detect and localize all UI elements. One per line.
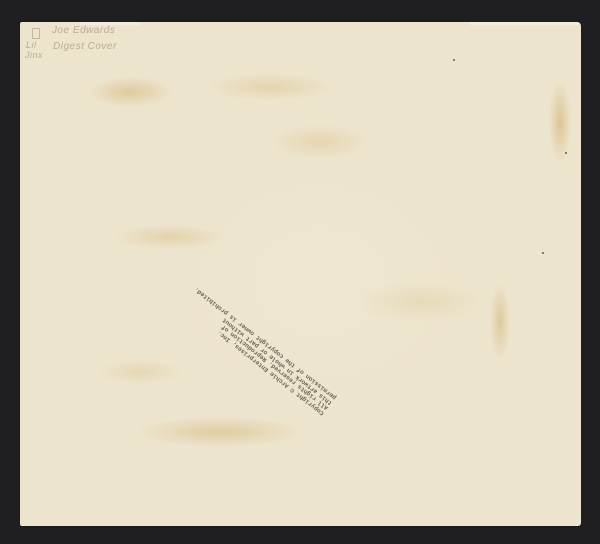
handwritten-title-lil: Lil [26,41,37,50]
stamp-line: this artwork in whole or part without [180,284,334,406]
paper-edge-highlight [470,22,580,25]
copyright-stamp: Copyright © Archie Enterprises, Inc. All… [172,278,338,416]
handwritten-artist-name: Joe Edwards [52,26,115,36]
stamp-line: All rights reserved. Reproduction of [176,289,330,411]
pencil-box-mark [32,28,40,39]
handwritten-digest-cover: Digest Cover [53,42,117,52]
stamp-line: Copyright © Archie Enterprises, Inc. [172,294,326,416]
paper-speck [565,152,567,154]
artwork-back-paper: Joe Edwards Lil Jinx Digest Cover Copyri… [20,22,581,526]
paper-speck [542,252,544,254]
handwritten-title-jinx: Jinx [25,51,43,60]
paper-speck [453,59,455,61]
stamp-line: permission of the copyright owner is pro… [184,278,338,400]
